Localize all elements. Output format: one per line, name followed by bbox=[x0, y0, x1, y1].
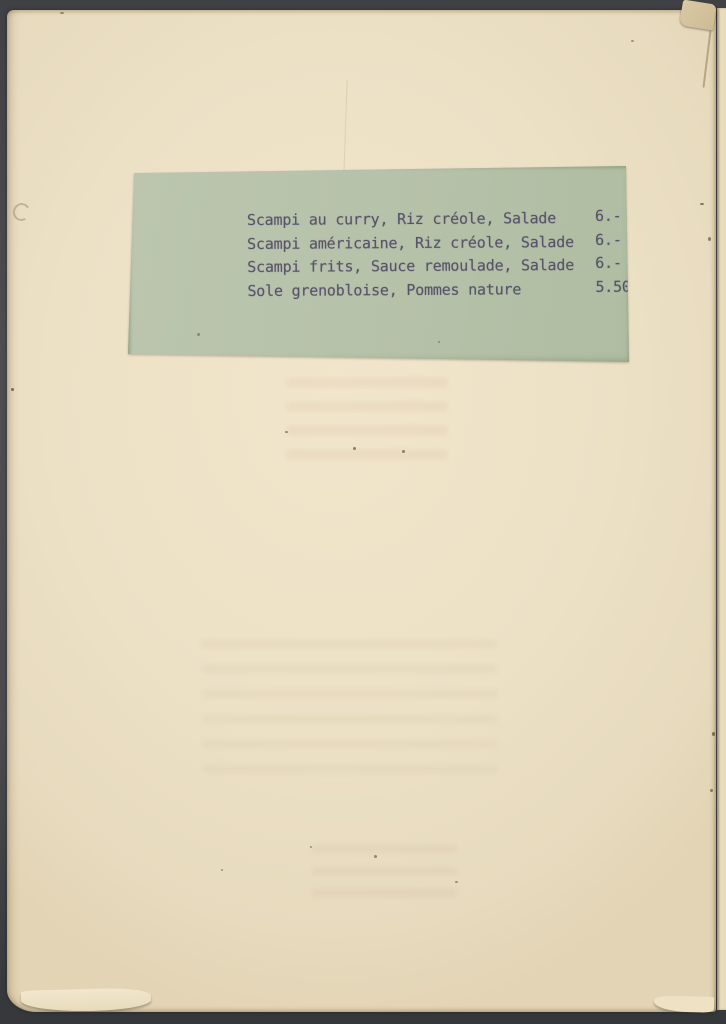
speck bbox=[631, 40, 634, 42]
menu-item-row: Scampi frits, Sauce remoulade, Salade 6.… bbox=[247, 255, 629, 273]
menu-page: Scampi au curry, Riz créole, Salade 6.- … bbox=[7, 10, 716, 1012]
speck bbox=[310, 846, 312, 848]
speck bbox=[402, 450, 405, 453]
speck bbox=[374, 855, 377, 858]
page-bottom-left-curl bbox=[21, 987, 152, 1013]
menu-item-price: 5.50 bbox=[595, 279, 630, 295]
speck bbox=[353, 447, 356, 450]
speck bbox=[285, 431, 288, 433]
menu-item-row: Scampi au curry, Riz créole, Salade 6.- bbox=[247, 208, 629, 226]
menu-slip: Scampi au curry, Riz créole, Salade 6.- … bbox=[128, 166, 629, 363]
speck bbox=[455, 881, 458, 883]
slip-speck bbox=[438, 341, 440, 343]
page-bottom-right-curl bbox=[654, 995, 714, 1012]
menu-lines: Scampi au curry, Riz créole, Salade 6.- … bbox=[128, 164, 630, 364]
menu-item-name: Scampi frits, Sauce remoulade, Salade bbox=[247, 256, 574, 276]
speck bbox=[60, 12, 64, 14]
paper-grain-line bbox=[343, 80, 347, 175]
menu-slip-wrapper: Scampi au curry, Riz créole, Salade 6.- … bbox=[128, 166, 629, 363]
scanned-menu-screenshot: { "slip": { "items": [ {"name": "Scampi … bbox=[0, 0, 726, 1024]
menu-item-name: Sole grenobloise, Pommes nature bbox=[247, 280, 521, 300]
menu-item-row: Scampi américaine, Riz créole, Salade 6.… bbox=[247, 232, 629, 250]
bleed-through-smudge bbox=[202, 640, 497, 780]
speck bbox=[11, 388, 14, 391]
menu-item-price: 6.- bbox=[595, 208, 622, 224]
speck bbox=[712, 732, 715, 736]
ring-stain bbox=[11, 201, 32, 223]
bleed-through-smudge bbox=[287, 378, 447, 473]
menu-item-name: Scampi au curry, Riz créole, Salade bbox=[247, 209, 556, 229]
tape-flap bbox=[679, 0, 717, 30]
speck bbox=[708, 237, 711, 241]
speck bbox=[710, 789, 713, 792]
menu-item-price: 6.- bbox=[595, 232, 622, 248]
speck bbox=[700, 203, 704, 205]
menu-item-name: Scampi américaine, Riz créole, Salade bbox=[247, 233, 574, 253]
menu-item-row: Sole grenobloise, Pommes nature 5.50 bbox=[247, 279, 629, 297]
book-fore-edge bbox=[717, 8, 726, 1010]
bleed-through-smudge bbox=[312, 845, 457, 897]
menu-item-price: 6.- bbox=[595, 255, 622, 271]
slip-speck bbox=[197, 333, 200, 336]
speck bbox=[221, 869, 223, 871]
